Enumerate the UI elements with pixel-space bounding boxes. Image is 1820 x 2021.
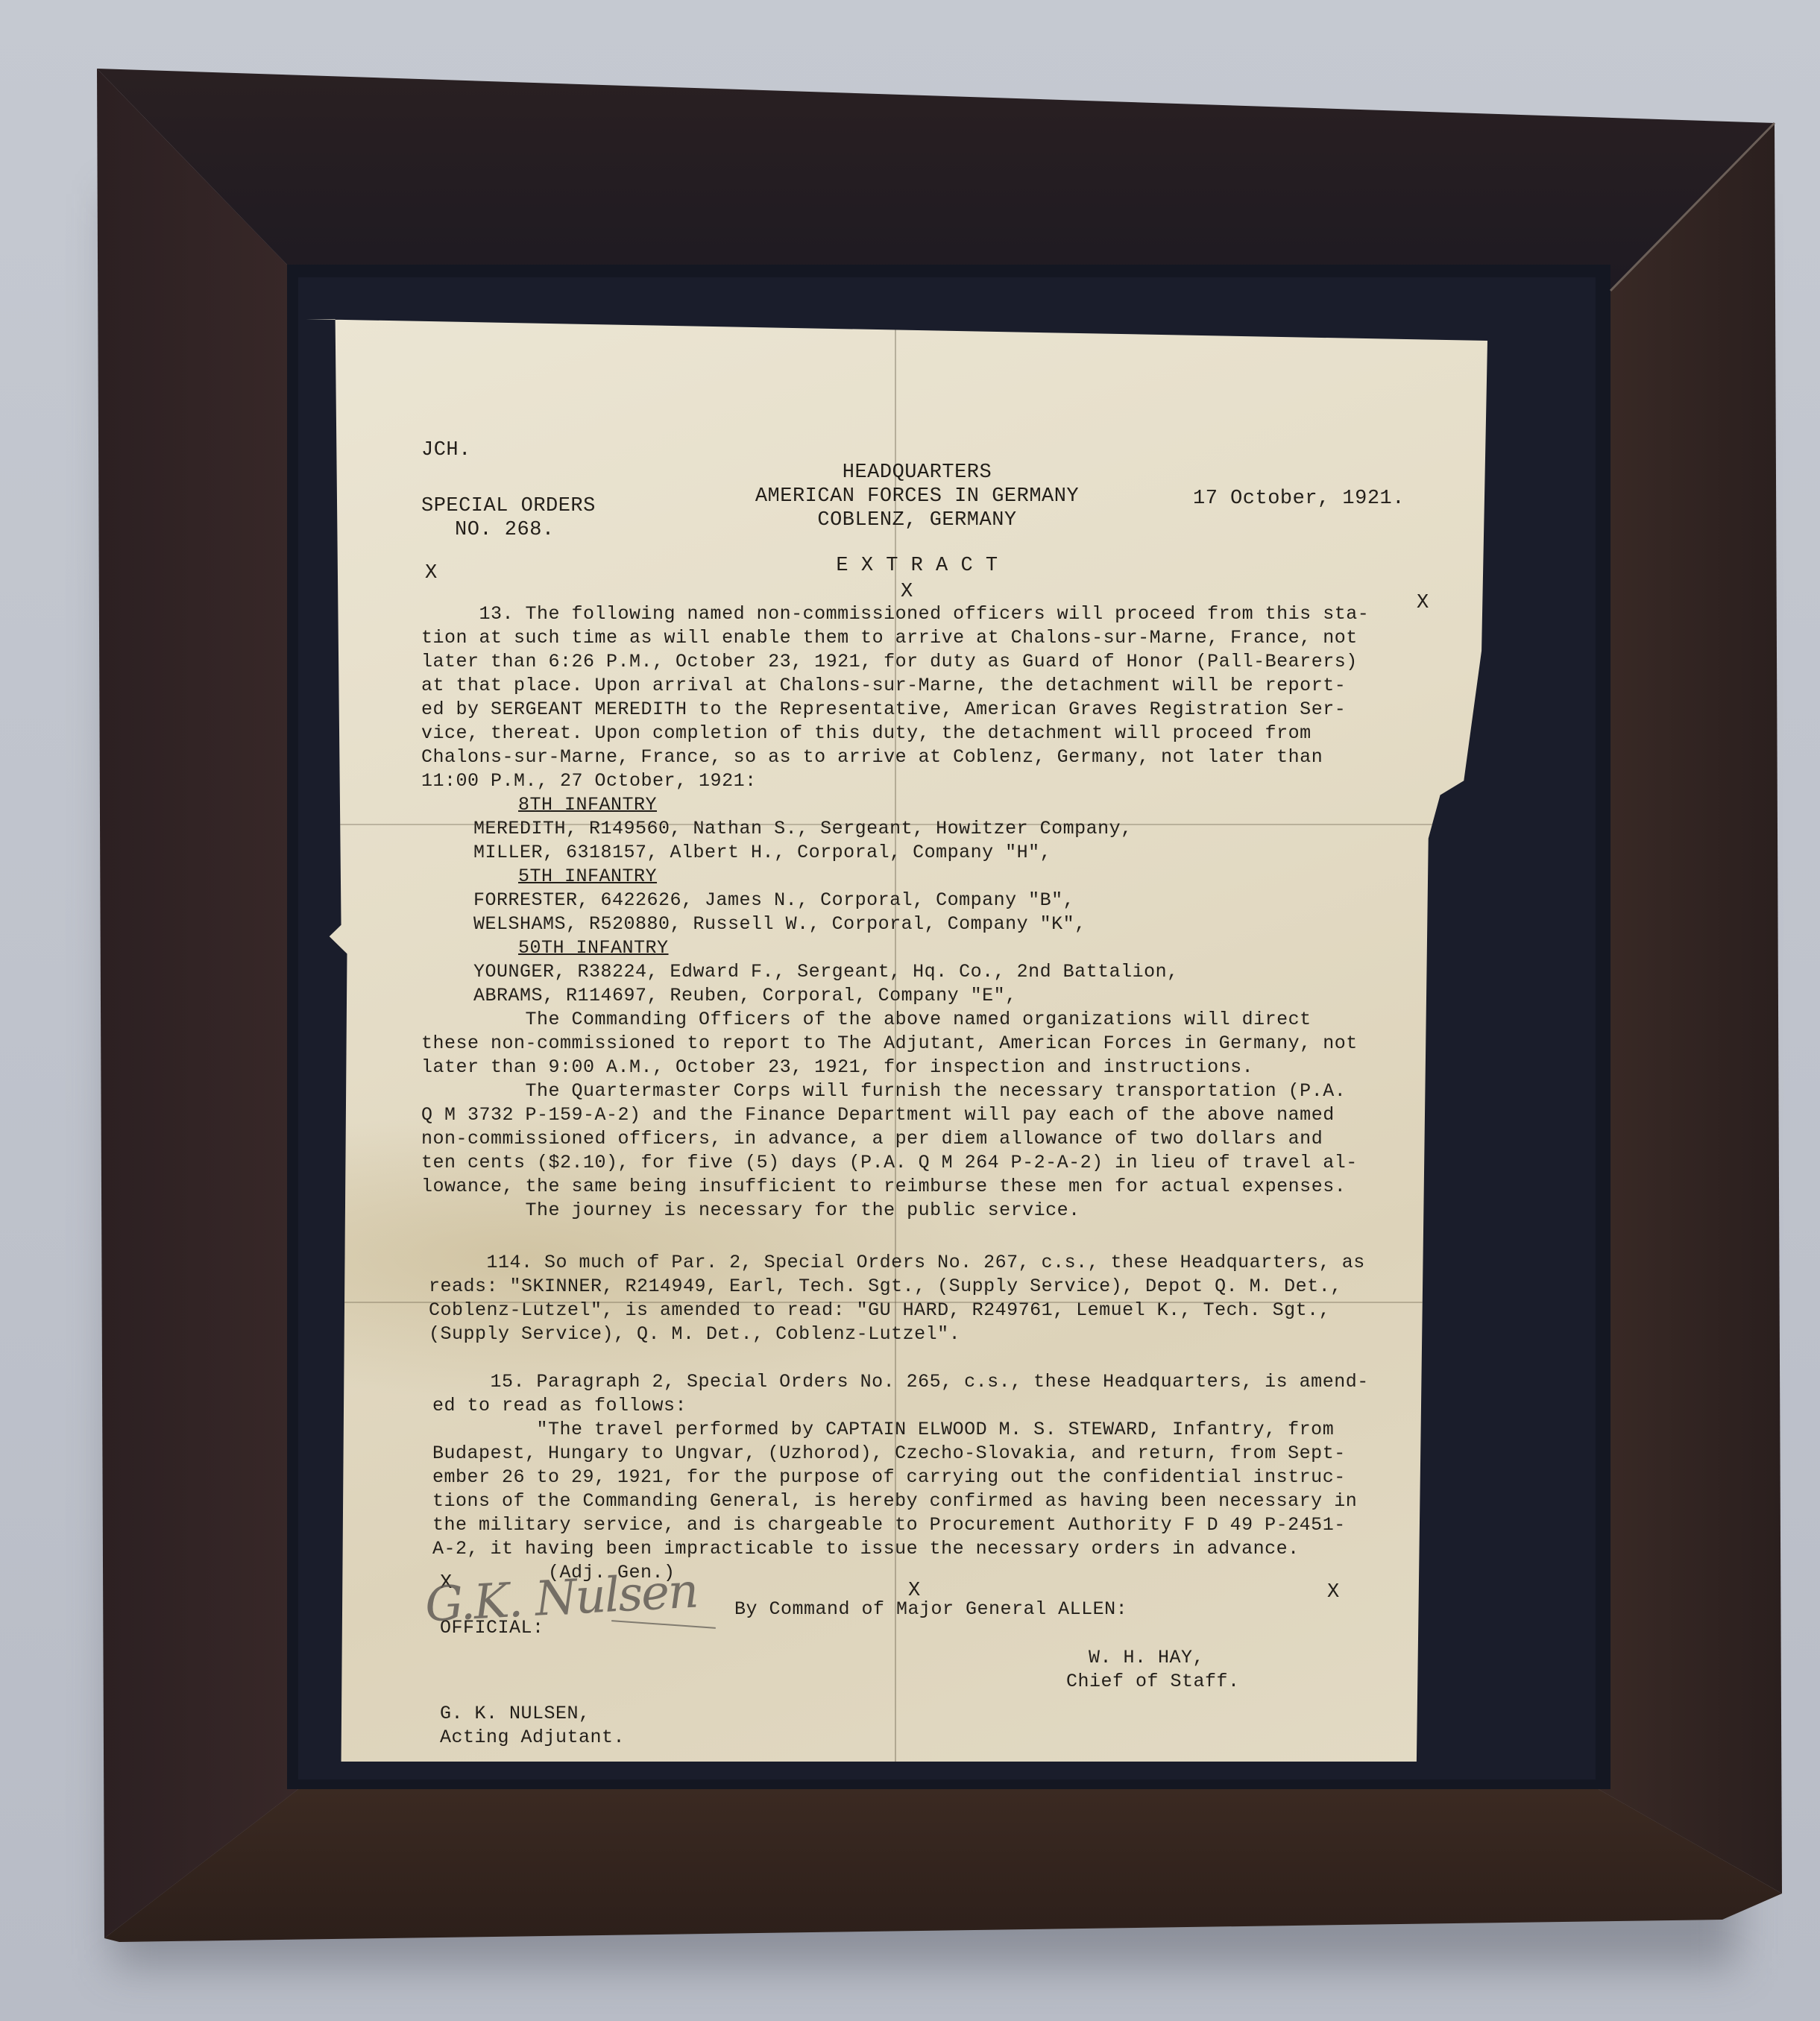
header-command: AMERICAN FORCES IN GERMANY bbox=[693, 485, 1141, 508]
adjutant-title: Acting Adjutant. bbox=[440, 1726, 625, 1750]
separator-x: X bbox=[1327, 1580, 1340, 1604]
unit-heading: 50TH INFANTRY bbox=[518, 936, 669, 960]
handwritten-signature: G.K. Nulsen bbox=[424, 1579, 697, 1617]
header-location: COBLENZ, GERMANY bbox=[693, 508, 1141, 532]
roster-entry: WELSHAMS, R520880, Russell W., Corporal,… bbox=[473, 912, 1086, 936]
document-paper: JCH. HEADQUARTERS AMERICAN FORCES IN GER… bbox=[306, 319, 1487, 1762]
separator-x: X bbox=[1417, 591, 1429, 615]
chief-of-staff-title: Chief of Staff. bbox=[1066, 1670, 1240, 1694]
typist-initials: JCH. bbox=[421, 438, 471, 462]
roster-entry: MEREDITH, R149560, Nathan S., Sergeant, … bbox=[473, 817, 1133, 841]
document-date: 17 October, 1921. bbox=[1193, 487, 1405, 511]
unit-heading: 8TH INFANTRY bbox=[518, 793, 657, 817]
separator-x: X bbox=[901, 580, 913, 604]
adjutant-name: G. K. NULSEN, bbox=[440, 1702, 591, 1726]
signature-flourish bbox=[611, 1620, 716, 1629]
orders-number: NO. 268. bbox=[455, 518, 555, 542]
roster-entry: YOUNGER, R38224, Edward F., Sergeant, Hq… bbox=[473, 960, 1179, 984]
extract-label: E X T R A C T bbox=[753, 554, 1081, 578]
command-line: By Command of Major General ALLEN: bbox=[734, 1598, 1127, 1621]
separator-x: X bbox=[425, 561, 438, 585]
roster-entry: MILLER, 6318157, Albert H., Corporal, Co… bbox=[473, 841, 1051, 865]
header-headquarters: HEADQUARTERS bbox=[693, 461, 1141, 485]
roster-entry: FORRESTER, 6422626, James N., Corporal, … bbox=[473, 889, 1074, 912]
unit-heading: 5TH INFANTRY bbox=[518, 865, 657, 889]
chief-of-staff-name: W. H. HAY, bbox=[1089, 1646, 1204, 1670]
orders-label: SPECIAL ORDERS bbox=[421, 494, 596, 518]
roster-entry: ABRAMS, R114697, Reuben, Corporal, Compa… bbox=[473, 984, 1017, 1008]
